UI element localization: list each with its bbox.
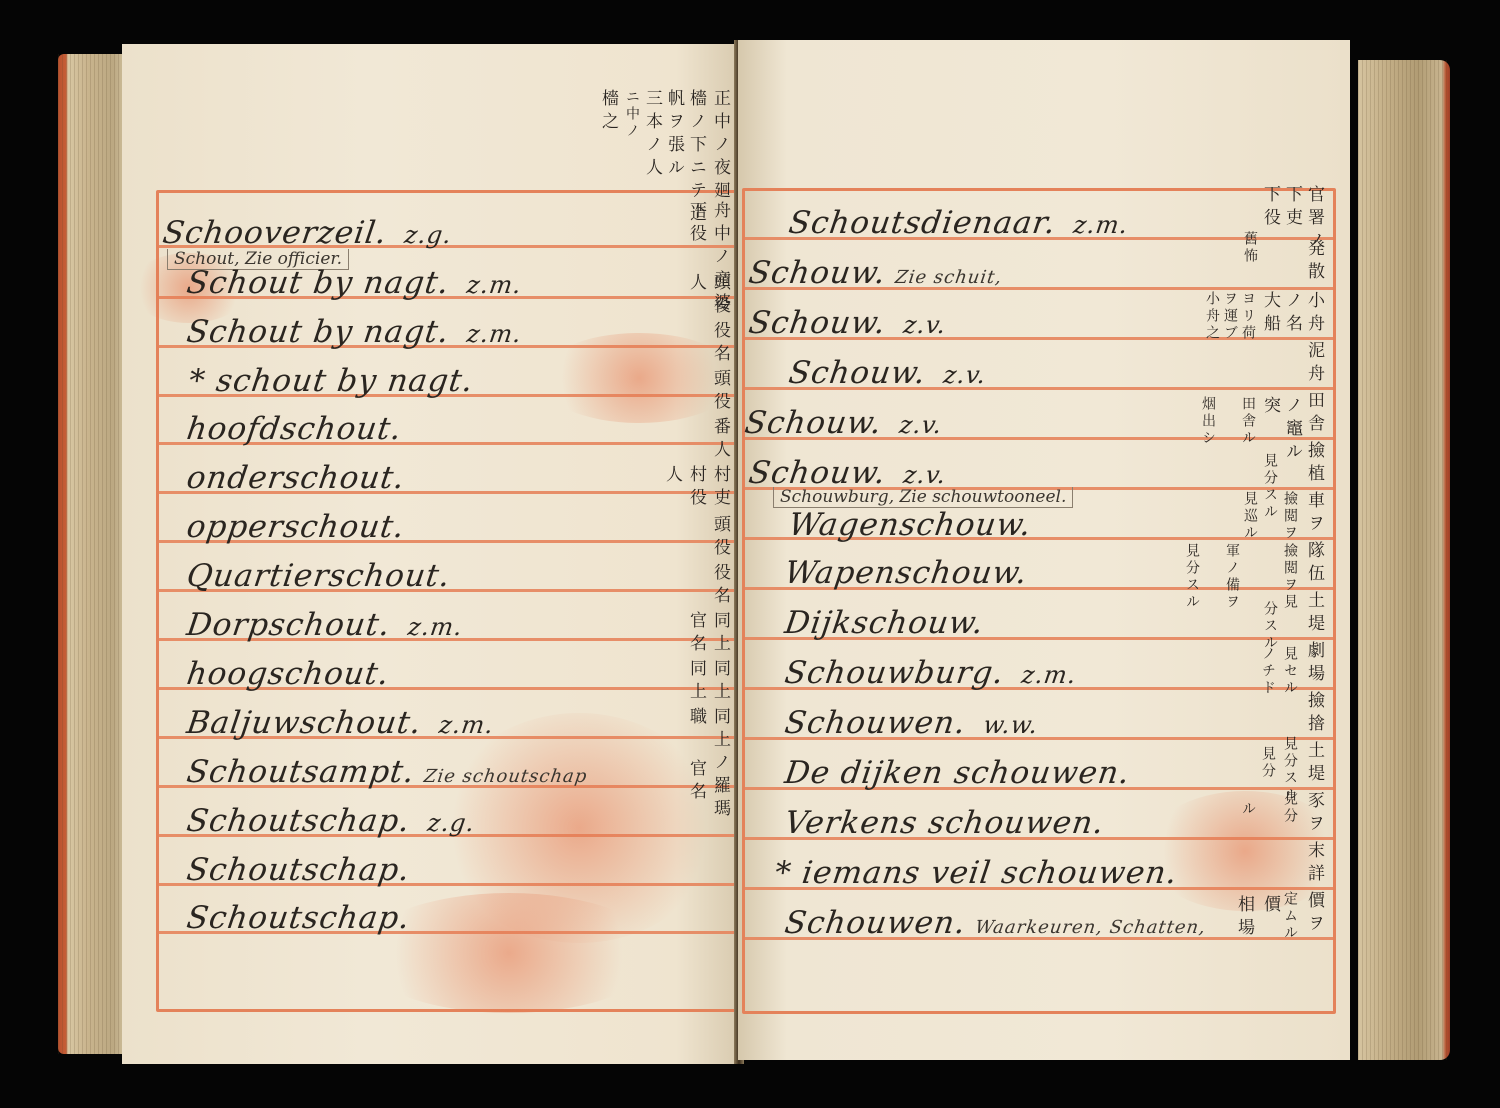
japanese-gloss: 小舟 [1305, 291, 1322, 337]
japanese-gloss: 村吏 [711, 465, 728, 511]
dictionary-entry: Verkens schouwen. [782, 805, 1106, 841]
japanese-gloss: 同上 [711, 611, 728, 657]
open-book: Schooverzeil.z.g. Schout, Zie officier. … [58, 40, 1450, 1090]
dictionary-entry: Schoutschap. [184, 852, 412, 888]
japanese-gloss: 大船 [1261, 291, 1278, 337]
japanese-gloss: 村役 [687, 465, 704, 511]
japanese-gloss: 役名 [711, 321, 728, 367]
dictionary-entry: Schoutsampt.Zie schoutschap [184, 754, 590, 790]
japanese-gloss: 田舎 [1305, 391, 1322, 437]
japanese-gloss: ノ竈ル [1283, 396, 1300, 465]
cross-reference: Schouwburg, Zie schouwtooneel. [773, 487, 1073, 508]
dictionary-entry: Schouwburg.z.m. [782, 655, 1079, 691]
dictionary-entry: hoogschout. [184, 656, 391, 692]
dictionary-entry: onderschout. [184, 460, 407, 496]
japanese-gloss: 下役 [687, 201, 704, 247]
japanese-gloss: 價ヲ [1305, 891, 1322, 937]
dictionary-entry: opperschout. [184, 509, 407, 545]
japanese-gloss: ヲ運ブ [1223, 291, 1237, 342]
japanese-gloss: 見セル [1283, 646, 1297, 697]
dictionary-entry: Dijkschouw. [782, 605, 986, 641]
dictionary-entry: Schouw.Zie schuit, [746, 255, 1005, 291]
dictionary-entry: * schout by nagt. [186, 363, 475, 399]
japanese-gloss: 豕ヲ [1305, 791, 1322, 837]
right-page-block-edge [1358, 60, 1450, 1060]
dictionary-entry: Schouw.z.v. [746, 305, 949, 341]
left-page-ruled-frame: Schooverzeil.z.g. Schout, Zie officier. … [156, 190, 739, 1012]
dictionary-entry: Schoutschap. [184, 900, 412, 936]
dictionary-entry: Quartierschout. [184, 558, 452, 594]
japanese-gloss: 末詳 [1305, 841, 1322, 887]
right-page-ruled-frame: Schoutsdienaar.z.m. Schouw.Zie schuit, S… [742, 188, 1336, 1014]
japanese-gloss: 頭役 [711, 515, 728, 561]
japanese-gloss: 隊伍 [1305, 541, 1322, 587]
dictionary-entry: Schouw.z.v. [786, 355, 989, 391]
japanese-gloss: 撿閲ヲ見 [1283, 543, 1297, 611]
japanese-gloss: ル [1241, 801, 1255, 818]
japanese-gloss: 車ヲ [1305, 491, 1322, 537]
dictionary-entry: De dijken schouwen. [782, 755, 1132, 791]
dictionary-entry: hoofdschout. [184, 411, 404, 447]
ink-stain [539, 333, 739, 423]
japanese-gloss: 見分スル [1263, 453, 1277, 521]
japanese-gloss: 泥舟 [1305, 341, 1322, 387]
japanese-gloss: 烟出シ [1201, 396, 1215, 447]
japanese-gloss: ヨリ荷 [1241, 291, 1255, 342]
japanese-gloss: 頭役 [711, 273, 728, 319]
dictionary-entry: Schooverzeil.z.g. [160, 215, 454, 251]
japanese-gloss: 撿閲ヲ [1283, 491, 1297, 542]
dictionary-entry: Schoutsdienaar.z.m. [786, 205, 1131, 241]
japanese-gloss: 頭役 [711, 369, 728, 415]
japanese-gloss: 同上ノ羅瑪 [711, 707, 728, 822]
japanese-gloss: 軍ノ備ヲ [1225, 543, 1239, 611]
dictionary-entry: Dorpschout.z.m. [184, 607, 465, 643]
right-page: Schoutsdienaar.z.m. Schouw.Zie schuit, S… [738, 40, 1350, 1060]
japanese-gloss: 職 [687, 707, 704, 730]
japanese-gloss: 官名 [687, 759, 704, 805]
japanese-gloss: 土堤 [1305, 591, 1322, 637]
japanese-gloss: 発散 [1305, 239, 1322, 285]
japanese-gloss: 見巡ル [1243, 491, 1257, 542]
japanese-gloss: ノチド [1261, 646, 1275, 697]
japanese-gloss: 人 [663, 465, 680, 488]
japanese-gloss: 檣之 [599, 89, 616, 135]
japanese-gloss: 舊怖 [1243, 231, 1257, 265]
japanese-gloss: 役名 [711, 563, 728, 609]
japanese-gloss: 價 [1261, 895, 1278, 918]
dictionary-entry: Schouw.z.v. [746, 455, 949, 491]
japanese-gloss: 同上 [687, 659, 704, 705]
japanese-gloss: 相場 [1235, 895, 1252, 941]
dictionary-entry: Schout by nagt.z.m. [184, 314, 524, 350]
japanese-gloss: 下吏 [1283, 185, 1300, 231]
dictionary-entry: Schouwen.Waarkeuren, Schatten, [782, 905, 1209, 941]
japanese-gloss: 土堤 [1305, 741, 1322, 787]
dictionary-entry: Schouw.z.v. [742, 405, 945, 441]
japanese-gloss: 見分 [1261, 746, 1275, 780]
japanese-gloss: 突 [1261, 396, 1278, 419]
japanese-gloss: 撿摿 [1305, 691, 1322, 737]
dictionary-entry: Wagenschouw. [786, 507, 1033, 543]
dictionary-entry: Schouwen.w.w. [782, 705, 1041, 741]
left-page-block-edge [58, 54, 130, 1054]
japanese-gloss: 三本ノ人 [643, 89, 660, 181]
japanese-gloss: 小舟之 [1205, 291, 1219, 342]
dictionary-entry: Baljuwschout.z.m. [184, 705, 496, 741]
japanese-gloss: ノ名 [1283, 291, 1300, 337]
japanese-gloss: 定ムル [1283, 891, 1297, 942]
dictionary-entry: Schout by nagt.z.m. [184, 265, 524, 301]
left-page: Schooverzeil.z.g. Schout, Zie officier. … [122, 44, 738, 1064]
japanese-gloss: 同上 [711, 659, 728, 705]
japanese-gloss: 帆ヲ張ル [665, 89, 682, 181]
dictionary-entry: * iemans veil schouwen. [772, 855, 1179, 891]
japanese-gloss: 番人 [711, 417, 728, 463]
japanese-gloss: 正中ノ夜廻 [711, 89, 728, 204]
japanese-gloss: 官名 [687, 611, 704, 657]
japanese-gloss: 人 [687, 273, 704, 296]
japanese-gloss: 下役 [1261, 185, 1278, 231]
dictionary-entry: Wapenschouw. [782, 555, 1029, 591]
japanese-gloss: 見分スル [1185, 543, 1199, 611]
dictionary-entry: Schoutschap.z.g. [184, 803, 477, 839]
japanese-gloss: 分スル [1263, 601, 1277, 652]
japanese-gloss: 劇場 [1305, 641, 1322, 687]
japanese-gloss: ニ中ノ [625, 89, 639, 140]
japanese-gloss: 撿植 [1305, 441, 1322, 487]
japanese-gloss: 見分 [1283, 791, 1297, 825]
japanese-gloss: 田舎ル [1241, 396, 1255, 447]
